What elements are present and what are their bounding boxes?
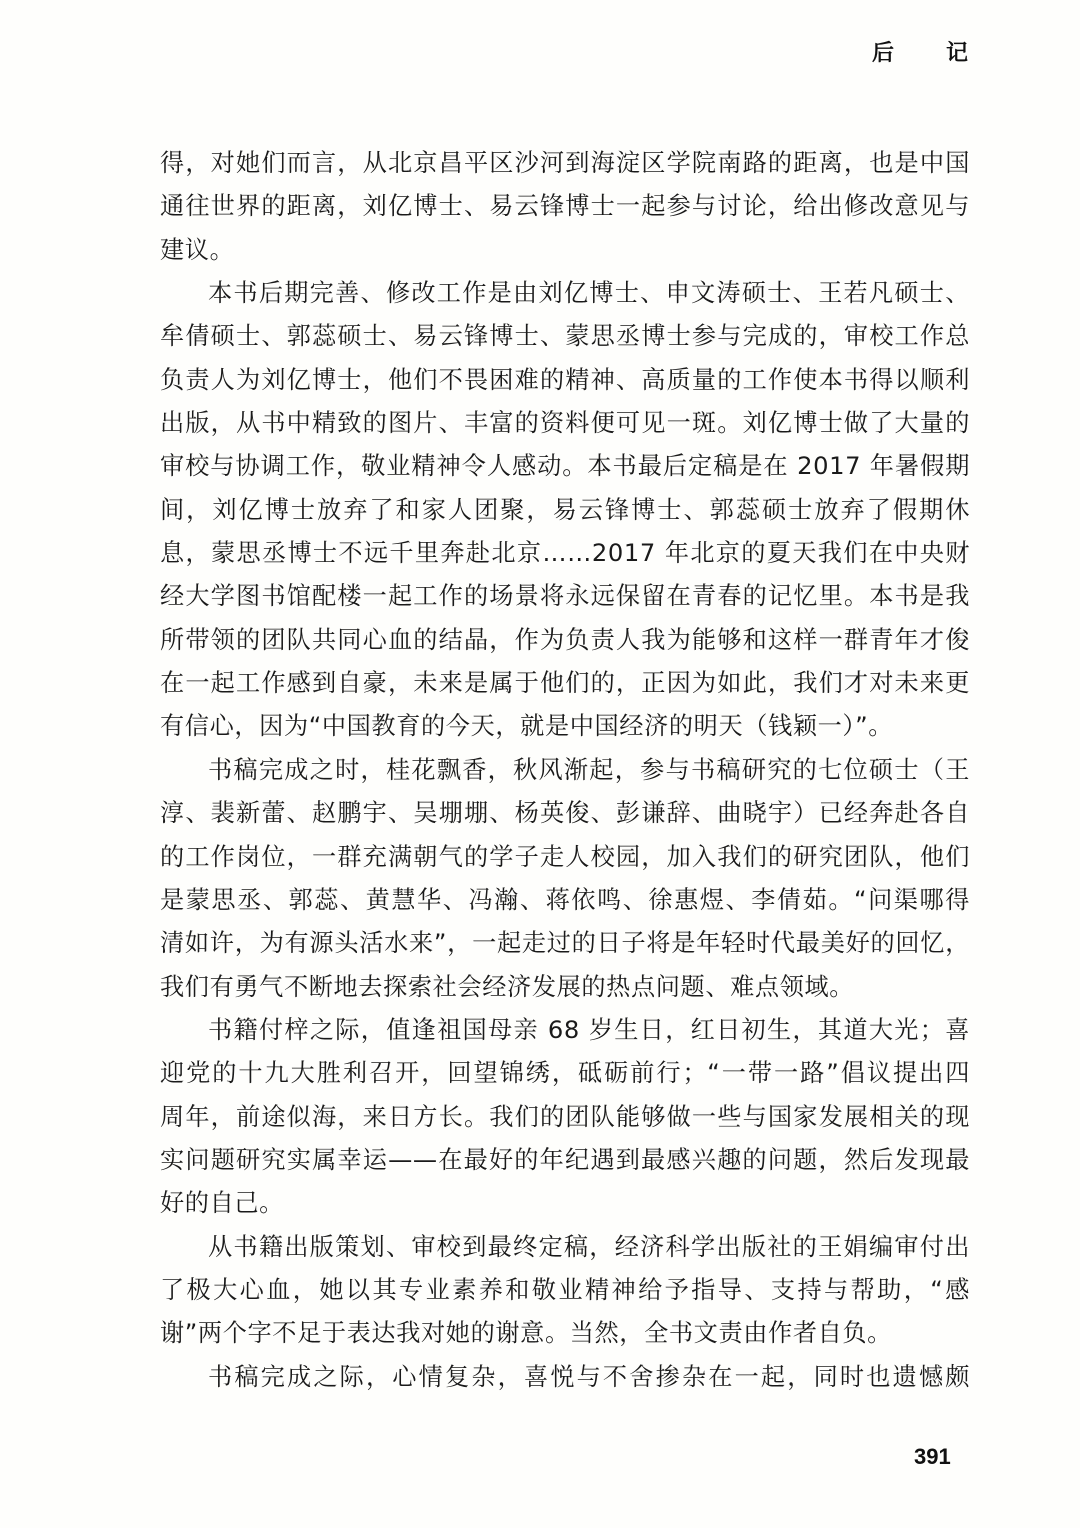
text-line: 本书后期完善、修改工作是由刘亿博士、申文涛硕士、王若凡硕士、: [160, 272, 970, 315]
text-line: 出版，从书中精致的图片、丰富的资料便可见一斑。刘亿博士做了大量的: [160, 402, 970, 445]
body-text: 得，对她们而言，从北京昌平区沙河到海淀区学院南路的距离，也是中国 通往世界的距离…: [160, 142, 970, 1399]
paragraph-continued: 得，对她们而言，从北京昌平区沙河到海淀区学院南路的距离，也是中国 通往世界的距离…: [160, 142, 970, 272]
text-line: 了极大心血，她以其专业素养和敬业精神给予指导、支持与帮助，“感: [160, 1269, 970, 1312]
text-line: 好的自己。: [160, 1182, 970, 1225]
text-line: 息，蒙思丞博士不远千里奔赴北京……2017 年北京的夏天我们在中央财: [160, 532, 970, 575]
running-head-char-1: 后: [872, 36, 894, 67]
paragraph-students: 书稿完成之时，桂花飘香，秋风渐起，参与书稿研究的七位硕士（王 淳、裴新蕾、赵鹏宇…: [160, 749, 970, 1009]
text-line: 在一起工作感到自豪，未来是属于他们的，正因为如此，我们才对未来更: [160, 662, 970, 705]
running-head: 后 记: [872, 36, 972, 66]
text-line: 清如许，为有源头活水来”，一起走过的日子将是年轻时代最美好的回忆，: [160, 922, 970, 965]
text-line: 书籍付梓之际，值逢祖国母亲 68 岁生日，红日初生，其道大光；喜: [160, 1009, 970, 1052]
text-line: 书稿完成之际，心情复杂，喜悦与不舍掺杂在一起，同时也遗憾颇: [160, 1356, 970, 1399]
text-line: 负责人为刘亿博士，他们不畏困难的精神、高质量的工作使本书得以顺利: [160, 359, 970, 402]
text-line: 我们有勇气不断地去探索社会经济发展的热点问题、难点领域。: [160, 966, 970, 1009]
text-line: 谢”两个字不足于表达我对她的谢意。当然，全书文责由作者自负。: [160, 1312, 970, 1355]
paragraph-closing: 书稿完成之际，心情复杂，喜悦与不舍掺杂在一起，同时也遗憾颇: [160, 1356, 970, 1399]
text-line: 是蒙思丞、郭蕊、黄慧华、冯瀚、蒋依鸣、徐惠煜、李倩茹。“问渠哪得: [160, 879, 970, 922]
paragraph-acknowledgement-editor: 从书籍出版策划、审校到最终定稿，经济科学出版社的王娟编审付出 了极大心血，她以其…: [160, 1226, 970, 1356]
text-line: 的工作岗位，一群充满朝气的学子走人校园，加入我们的研究团队，他们: [160, 836, 970, 879]
text-line: 审校与协调工作，敬业精神令人感动。本书最后定稿是在 2017 年暑假期: [160, 445, 970, 488]
running-head-char-2: 记: [946, 36, 968, 67]
paragraph-publication: 书籍付梓之际，值逢祖国母亲 68 岁生日，红日初生，其道大光；喜 迎党的十九大胜…: [160, 1009, 970, 1226]
text-line: 迎党的十九大胜利召开，回望锦绣，砥砺前行；“一带一路”倡议提出四: [160, 1052, 970, 1095]
text-line: 有信心，因为“中国教育的今天，就是中国经济的明天（钱颖一）”。: [160, 705, 970, 748]
text-line: 从书籍出版策划、审校到最终定稿，经济科学出版社的王娟编审付出: [160, 1226, 970, 1269]
text-line: 实问题研究实属幸运——在最好的年纪遇到最感兴趣的问题，然后发现最: [160, 1139, 970, 1182]
text-line: 淳、裴新蕾、赵鹏宇、吴堋堋、杨英俊、彭谦辞、曲晓宇）已经奔赴各自: [160, 792, 970, 835]
text-line: 书稿完成之时，桂花飘香，秋风渐起，参与书稿研究的七位硕士（王: [160, 749, 970, 792]
text-line: 建议。: [160, 229, 970, 272]
text-line: 得，对她们而言，从北京昌平区沙河到海淀区学院南路的距离，也是中国: [160, 142, 970, 185]
text-line: 周年，前途似海，来日方长。我们的团队能够做一些与国家发展相关的现: [160, 1096, 970, 1139]
text-line: 通往世界的距离，刘亿博士、易云锋博士一起参与讨论，给出修改意见与: [160, 185, 970, 228]
text-line: 牟倩硕士、郭蕊硕士、易云锋博士、蒙思丞博士参与完成的，审校工作总: [160, 315, 970, 358]
paragraph-revision-team: 本书后期完善、修改工作是由刘亿博士、申文涛硕士、王若凡硕士、 牟倩硕士、郭蕊硕士…: [160, 272, 970, 749]
text-line: 经大学图书馆配楼一起工作的场景将永远保留在青春的记忆里。本书是我: [160, 575, 970, 618]
text-line: 所带领的团队共同心血的结晶，作为负责人我为能够和这样一群青年才俊: [160, 619, 970, 662]
text-line: 间，刘亿博士放弃了和家人团聚，易云锋博士、郭蕊硕士放弃了假期休: [160, 489, 970, 532]
page-number: 391: [914, 1444, 951, 1470]
